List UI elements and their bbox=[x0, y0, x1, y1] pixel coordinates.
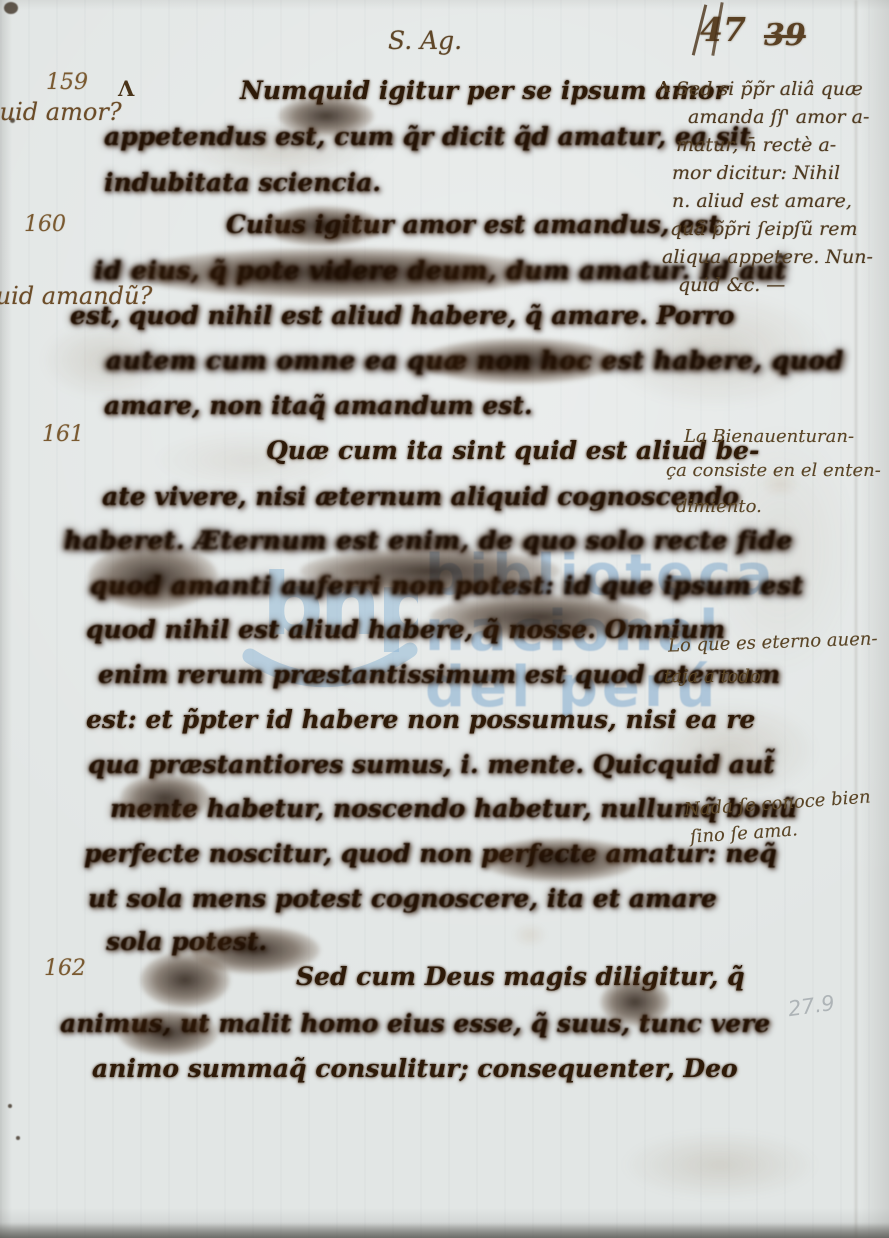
text-line: Sed si p̃p̃r aliâ quæ bbox=[676, 80, 863, 99]
text-line: autem cum omne ea quæ non hoc est habere… bbox=[106, 348, 844, 373]
text-line: amare, non itaq̃ amandum est. bbox=[104, 393, 533, 418]
folio-number-old-crossed-out: 47 bbox=[700, 10, 746, 49]
text-line: ſino ſe ama. bbox=[690, 821, 799, 846]
text-line: La Bienauenturan- bbox=[684, 428, 854, 446]
text-line: haberet. Æternum est enim, de quo solo r… bbox=[64, 528, 793, 553]
pencil-annotation: 27.9 bbox=[787, 993, 836, 1020]
text-line: appetendus est, cum q̃r dicit q̃d amatur… bbox=[104, 124, 751, 149]
text-line: mor dicitur: Nihil bbox=[672, 164, 840, 183]
text-line: est, quod nihil est aliud habere, q̃ ama… bbox=[70, 303, 734, 328]
text-line: amanda ſſ' amor a- bbox=[688, 108, 869, 127]
text-line: Lo que es eterno auen- bbox=[668, 630, 878, 655]
text-line: aliqua appetere. Nun- bbox=[662, 248, 873, 267]
section-number-161: 161 bbox=[42, 424, 84, 446]
caret-mark: Λ bbox=[118, 78, 134, 99]
text-line: ut sola mens potest cognoscere, ita et a… bbox=[88, 886, 717, 911]
text-line: Cuius igitur amor est amandus, est bbox=[226, 212, 720, 237]
text-line: matur, n̄ rectè a- bbox=[676, 136, 836, 155]
folio-number-new-struck: 39 bbox=[764, 18, 806, 53]
margin-label-quid-amor: Quid amor? bbox=[0, 100, 122, 124]
text-line: est: et p̃pter id habere non possumus, n… bbox=[86, 707, 755, 732]
text-line: quã p̃p̃ri ſeipſũ rem bbox=[670, 220, 857, 239]
section-number-159: 159 bbox=[46, 72, 88, 94]
text-line: perfecte noscitur, quod non perfecte ama… bbox=[84, 841, 777, 866]
section-number-160: 160 bbox=[24, 214, 66, 236]
text-line: quod amanti auferri non potest: id que i… bbox=[90, 573, 804, 598]
caret-mark: Λ bbox=[658, 80, 670, 95]
text-line: quid &c. — bbox=[678, 276, 785, 295]
text-line: taja a todo. bbox=[664, 668, 766, 686]
text-line: sola potest. bbox=[106, 929, 267, 954]
text-line: ate vivere, nisi æternum aliquid cognosc… bbox=[102, 484, 739, 509]
text-line: indubitata sciencia. bbox=[104, 170, 381, 195]
text-line: Sed cum Deus magis diligitur, q̃ bbox=[296, 964, 745, 989]
text-line: n. aliud est amare, bbox=[672, 192, 852, 211]
text-line: ça consiste en el enten- bbox=[666, 462, 881, 480]
page-heading-s-ag: S. Ag. bbox=[388, 26, 462, 55]
scan-bottom-edge bbox=[0, 1222, 889, 1238]
text-line: animus, ut malit homo eius esse, q̃ suus… bbox=[60, 1011, 770, 1036]
text-line: Numquid igitur per se ipsum amor bbox=[240, 78, 728, 103]
text-line: animo summaq̃ consulitur; consequenter, … bbox=[92, 1056, 738, 1081]
manuscript-page: bnp biblioteca nacional del perú S. Ag. … bbox=[0, 0, 889, 1238]
margin-label-quid-amandum: Quid amandũ? bbox=[0, 284, 152, 308]
text-line: quod nihil est aliud habere, q̃ nosse. O… bbox=[86, 617, 725, 642]
text-line: qua præstantiores sumus, i. mente. Quicq… bbox=[88, 752, 775, 777]
text-line: dimiento. bbox=[676, 498, 762, 516]
page-edge-fold bbox=[855, 0, 857, 1238]
section-number-162: 162 bbox=[44, 958, 86, 980]
